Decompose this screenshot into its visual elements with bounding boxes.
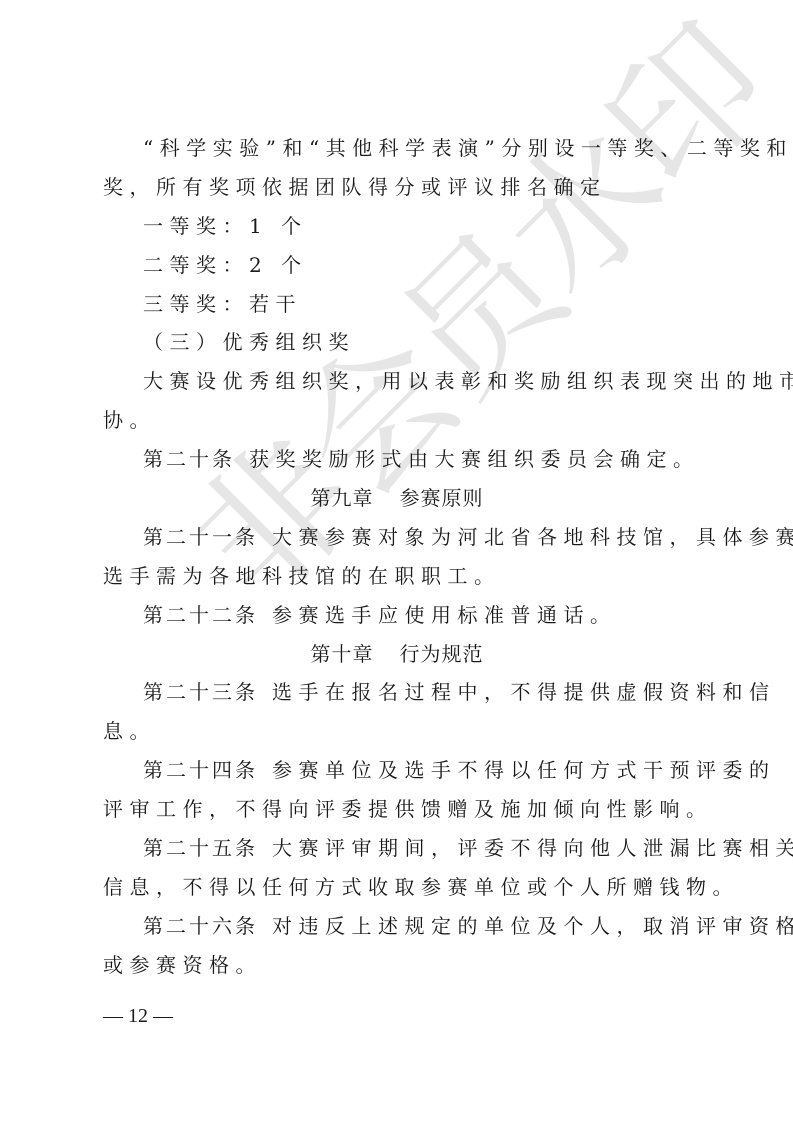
article-21-continued: 选手需为各地科技馆的在职职工。: [103, 557, 691, 596]
article-text: 大赛评审期间，评委不得向他人泄漏比赛相关: [272, 836, 793, 860]
article-26-continued: 或参赛资格。: [103, 946, 691, 985]
article-number: 第二十条: [143, 447, 235, 471]
article-number: 第二十六条: [143, 914, 258, 938]
article-text: 参赛单位及选手不得以任何方式干预评委的: [272, 758, 776, 782]
chapter-heading-9: 第九章参赛原则: [103, 479, 691, 518]
article-23-continued: 息。: [103, 712, 691, 751]
article-22: 第二十二条参赛选手应使用标准普通话。: [103, 596, 691, 635]
article-24-continued: 评审工作，不得向评委提供馈赠及施加倾向性影响。: [103, 790, 691, 829]
article-number: 第二十一条: [143, 525, 258, 549]
article-25-continued: 信息，不得以任何方式收取参赛单位或个人所赠钱物。: [103, 868, 691, 907]
article-text: 参赛选手应使用标准普通话。: [272, 603, 617, 627]
article-text: 获奖奖励形式由大赛组织委员会确定。: [249, 447, 700, 471]
page-number: — 12 —: [103, 1005, 173, 1028]
chapter-number: 第十章: [311, 642, 374, 666]
paragraph-line: 奖，所有奖项依据团队得分或评议排名确定: [103, 168, 691, 207]
article-number: 第二十五条: [143, 836, 258, 860]
chapter-title: 行为规范: [400, 642, 484, 666]
chapter-title: 参赛原则: [400, 486, 484, 510]
paragraph-line: 大赛设优秀组织奖，用以表彰和奖励组织表现突出的地市科: [103, 362, 691, 401]
paragraph-line: 协。: [103, 401, 691, 440]
article-21: 第二十一条大赛参赛对象为河北省各地科技馆，具体参赛: [103, 518, 691, 557]
article-number: 第二十三条: [143, 680, 258, 704]
article-26: 第二十六条对违反上述规定的单位及个人，取消评审资格: [103, 907, 691, 946]
article-number: 第二十四条: [143, 758, 258, 782]
paragraph-line: “科学实验”和“其他科学表演”分别设一等奖、二等奖和三等: [103, 129, 691, 168]
article-23: 第二十三条选手在报名过程中，不得提供虚假资料和信: [103, 673, 691, 712]
article-25: 第二十五条大赛评审期间，评委不得向他人泄漏比赛相关: [103, 829, 691, 868]
document-page: “科学实验”和“其他科学表演”分别设一等奖、二等奖和三等 奖，所有奖项依据团队得…: [103, 129, 691, 985]
award-third-prize: 三等奖：若干: [103, 285, 691, 324]
award-first-prize: 一等奖：1 个: [103, 207, 691, 246]
chapter-number: 第九章: [311, 486, 374, 510]
article-text: 大赛参赛对象为河北省各地科技馆，具体参赛: [272, 525, 793, 549]
section-heading: （三）优秀组织奖: [103, 323, 691, 362]
article-text: 对违反上述规定的单位及个人，取消评审资格: [272, 914, 793, 938]
article-20: 第二十条获奖奖励形式由大赛组织委员会确定。: [103, 440, 691, 479]
article-24: 第二十四条参赛单位及选手不得以任何方式干预评委的: [103, 751, 691, 790]
article-text: 选手在报名过程中，不得提供虚假资料和信: [272, 680, 776, 704]
chapter-heading-10: 第十章行为规范: [103, 635, 691, 674]
award-second-prize: 二等奖：2 个: [103, 246, 691, 285]
article-number: 第二十二条: [143, 603, 258, 627]
